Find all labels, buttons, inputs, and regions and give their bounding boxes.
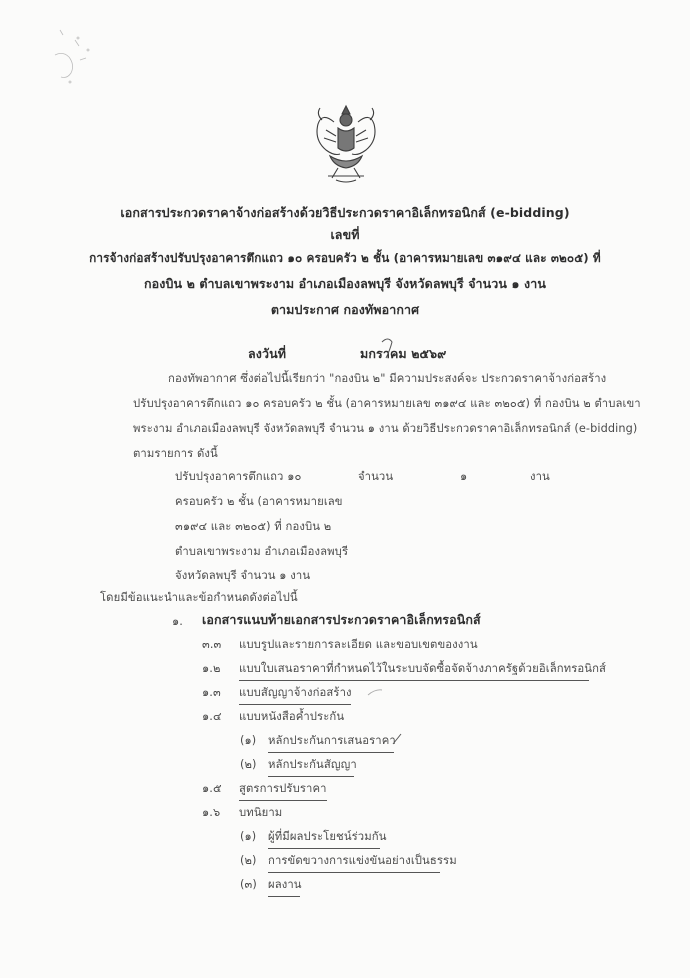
attachment-item: บทนิยาม bbox=[239, 803, 282, 821]
item-description-line: ๓๑๙๔ และ ๓๒๐๕) ที่ กองบิน ๒ bbox=[175, 517, 331, 535]
document-title: เอกสารประกวดราคาจ้างก่อสร้างด้วยวิธีประก… bbox=[0, 203, 690, 223]
intro-line-1: กองทัพอากาศ ซึ่งต่อไปนี้เรียกว่า "กองบิน… bbox=[168, 369, 606, 387]
attachment-item-link[interactable]: แบบสัญญาจ้างก่อสร้าง bbox=[239, 683, 351, 705]
date-label: ลงวันที่ bbox=[248, 344, 286, 364]
item-description-line: จังหวัดลพบุรี จำนวน ๑ งาน bbox=[175, 566, 310, 584]
document-page: เอกสารประกวดราคาจ้างก่อสร้างด้วยวิธีประก… bbox=[0, 0, 690, 978]
date-value: มกราคม ๒๕๖๙ bbox=[360, 344, 446, 364]
item-number: ๓.๓ bbox=[202, 635, 221, 653]
subitem-number: (๒) bbox=[240, 851, 257, 869]
subject-line-2: กองบิน ๒ ตำบลเขาพระงาม อำเภอเมืองลพบุรี … bbox=[0, 274, 690, 294]
item-description-line: ปรับปรุงอาคารตึกแถว ๑๐ bbox=[175, 467, 301, 485]
item-number: ๑.๓ bbox=[202, 683, 221, 701]
quantity-value: ๑ bbox=[460, 467, 467, 485]
attachment-subitem-link[interactable]: หลักประกันการเสนอราคา bbox=[268, 731, 394, 753]
announcer-line: ตามประกาศ กองทัพอากาศ bbox=[0, 300, 690, 320]
garuda-emblem-icon bbox=[308, 100, 384, 186]
attachment-subitem-link[interactable]: ผู้ที่มีผลประโยชน์ร่วมกัน bbox=[268, 827, 380, 849]
subitem-number: (๑) bbox=[240, 731, 256, 749]
intro-line-3: พระงาม อำเภอเมืองลพบุรี จังหวัดลพบุรี จำ… bbox=[133, 419, 637, 437]
handwritten-date-mark-icon bbox=[380, 336, 394, 360]
document-number-label: เลขที่ bbox=[0, 225, 690, 245]
item-number: ๑.๕ bbox=[202, 779, 222, 797]
quantity-label: จำนวน bbox=[358, 467, 393, 485]
attachment-subitem-link[interactable]: การขัดขวางการแข่งขันอย่างเป็นธรรม bbox=[268, 851, 440, 873]
guidance-line: โดยมีข้อแนะนำและข้อกำหนดดังต่อไปนี้ bbox=[100, 588, 298, 606]
pen-tick-mark-icon bbox=[367, 688, 383, 696]
section-1-number: ๑. bbox=[172, 612, 183, 630]
attachment-item: แบบรูปและรายการละเอียด และขอบเขตของงาน bbox=[239, 635, 478, 653]
attachment-subitem-link[interactable]: หลักประกันสัญญา bbox=[268, 755, 354, 777]
attachment-item: แบบหนังสือค้ำประกัน bbox=[239, 707, 344, 725]
attachment-item-link[interactable]: สูตรการปรับราคา bbox=[239, 779, 327, 801]
intro-line-2: ปรับปรุงอาคารตึกแถว ๑๐ ครอบครัว ๒ ชั้น (… bbox=[133, 394, 641, 412]
item-description-line: ตำบลเขาพระงาม อำเภอเมืองลพบุรี bbox=[175, 542, 348, 560]
attachment-subitem-link[interactable]: ผลงาน bbox=[268, 875, 300, 897]
subitem-number: (๓) bbox=[240, 875, 257, 893]
subitem-number: (๒) bbox=[240, 755, 257, 773]
pen-check-mark-icon bbox=[392, 732, 402, 746]
unit-value: งาน bbox=[530, 467, 550, 485]
subitem-number: (๑) bbox=[240, 827, 256, 845]
subject-line-1: การจ้างก่อสร้างปรับปรุงอาคารตึกแถว ๑๐ คร… bbox=[0, 249, 690, 268]
item-description-line: ครอบครัว ๒ ชั้น (อาคารหมายเลข bbox=[175, 492, 343, 510]
section-1-title: เอกสารแนบท้ายเอกสารประกวดราคาอิเล็กทรอนิ… bbox=[202, 610, 481, 630]
item-number: ๑.๔ bbox=[202, 707, 222, 725]
item-number: ๑.๒ bbox=[202, 659, 221, 677]
scribble-mark-icon bbox=[20, 10, 110, 100]
attachment-item-link[interactable]: แบบใบเสนอราคาที่กำหนดไว้ในระบบจัดซื้อจัด… bbox=[239, 659, 589, 681]
intro-line-4: ตามรายการ ดังนี้ bbox=[133, 444, 218, 462]
item-number: ๑.๖ bbox=[202, 803, 220, 821]
